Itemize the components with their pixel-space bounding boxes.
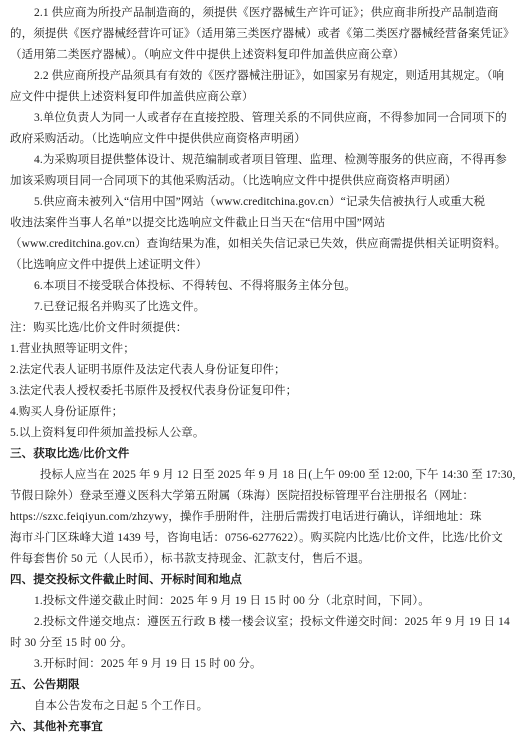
text-line: 投标人应当在 2025 年 9 月 12 日至 2025 年 9 月 18 日(…: [0, 465, 526, 486]
text-line: （比选响应文件中提供上述证明文件）: [0, 255, 526, 276]
text-line: 节假日除外）登录至遵义医科大学第五附属（珠海）医院招投标管理平台注册报名（网址：: [0, 486, 526, 507]
text-line: 2.法定代表人证明书原件及法定代表人身份证复印件；: [0, 360, 526, 381]
text-line: 件每套售价 50 元（人民币），标书款支持现金、汇款支付，售后不退。: [0, 549, 526, 570]
text-line: 收违法案件当事人名单”以提交比选响应文件截止日当天在“信用中国”网站: [0, 213, 526, 234]
document-body: 2.1 供应商为所投产品制造商的，须提供《医疗器械生产许可证》；供应商非所投产品…: [0, 3, 526, 738]
text-line: 加该采购项目同一合同项下的其他采购活动。（比选响应文件中提供供应商资格声明函）: [0, 171, 526, 192]
text-line: 的，须提供《医疗器械经营许可证》（适用第三类医疗器械）或者《第二类医疗器械经营备…: [0, 24, 526, 45]
section-heading: 四、提交投标文件截止时间、开标时间和地点: [0, 570, 526, 591]
text-line: 3.单位负责人为同一人或者存在直接控股、管理关系的不同供应商，不得参加同一合同项…: [0, 108, 526, 129]
section-heading: 六、其他补充事宜: [0, 717, 526, 738]
text-line: 6.本项目不接受联合体投标、不得转包、不得将服务主体分包。: [0, 276, 526, 297]
document-page: 2.1 供应商为所投产品制造商的，须提供《医疗器械生产许可证》；供应商非所投产品…: [0, 0, 526, 738]
text-line: 2.2 供应商所投产品须具有有效的《医疗器械注册证》，如国家另有规定，则适用其规…: [0, 66, 526, 87]
text-line: 2.投标文件递交地点：遵医五行政 B 楼一楼会议室；投标文件递交时间：2025 …: [0, 612, 526, 633]
text-line: 4.购买人身份证原件；: [0, 402, 526, 423]
text-line: （适用第二类医疗器械）。（响应文件中提供上述资料复印件加盖供应商公章）: [0, 45, 526, 66]
text-line: （www.creditchina.gov.cn）查询结果为准，如相关失信记录已失…: [0, 234, 526, 255]
text-line: 海市斗门区珠峰大道 1439 号，咨询电话：0756-6277622）。购买院内…: [0, 528, 526, 549]
section-heading: 三、获取比选/比价文件: [0, 444, 526, 465]
text-line: https://szxc.feiqiyun.com/zhzywy，操作手册附件，…: [0, 507, 526, 528]
text-line: 7.已登记报名并购买了比选文件。: [0, 297, 526, 318]
text-line: 自本公告发布之日起 5 个工作日。: [0, 696, 526, 717]
text-line: 时 30 分至 15 时 00 分。: [0, 633, 526, 654]
text-line: 5.供应商未被列入“信用中国”网站（www.creditchina.gov.cn…: [0, 192, 526, 213]
text-line: 4.为采购项目提供整体设计、规范编制或者项目管理、监理、检测等服务的供应商，不得…: [0, 150, 526, 171]
text-line: 注：购买比选/比价文件时须提供：: [0, 318, 526, 339]
text-line: 1.营业执照等证明文件；: [0, 339, 526, 360]
text-line: 2.1 供应商为所投产品制造商的，须提供《医疗器械生产许可证》；供应商非所投产品…: [0, 3, 526, 24]
text-line: 3.开标时间：2025 年 9 月 19 日 15 时 00 分。: [0, 654, 526, 675]
text-line: 应文件中提供上述资料复印件加盖供应商公章）: [0, 87, 526, 108]
text-line: 政府采购活动。（比选响应文件中提供供应商资格声明函）: [0, 129, 526, 150]
section-heading: 五、公告期限: [0, 675, 526, 696]
text-line: 3.法定代表人授权委托书原件及授权代表身份证复印件；: [0, 381, 526, 402]
text-line: 1.投标文件递交截止时间：2025 年 9 月 19 日 15 时 00 分（北…: [0, 591, 526, 612]
text-line: 5.以上资料复印件须加盖投标人公章。: [0, 423, 526, 444]
